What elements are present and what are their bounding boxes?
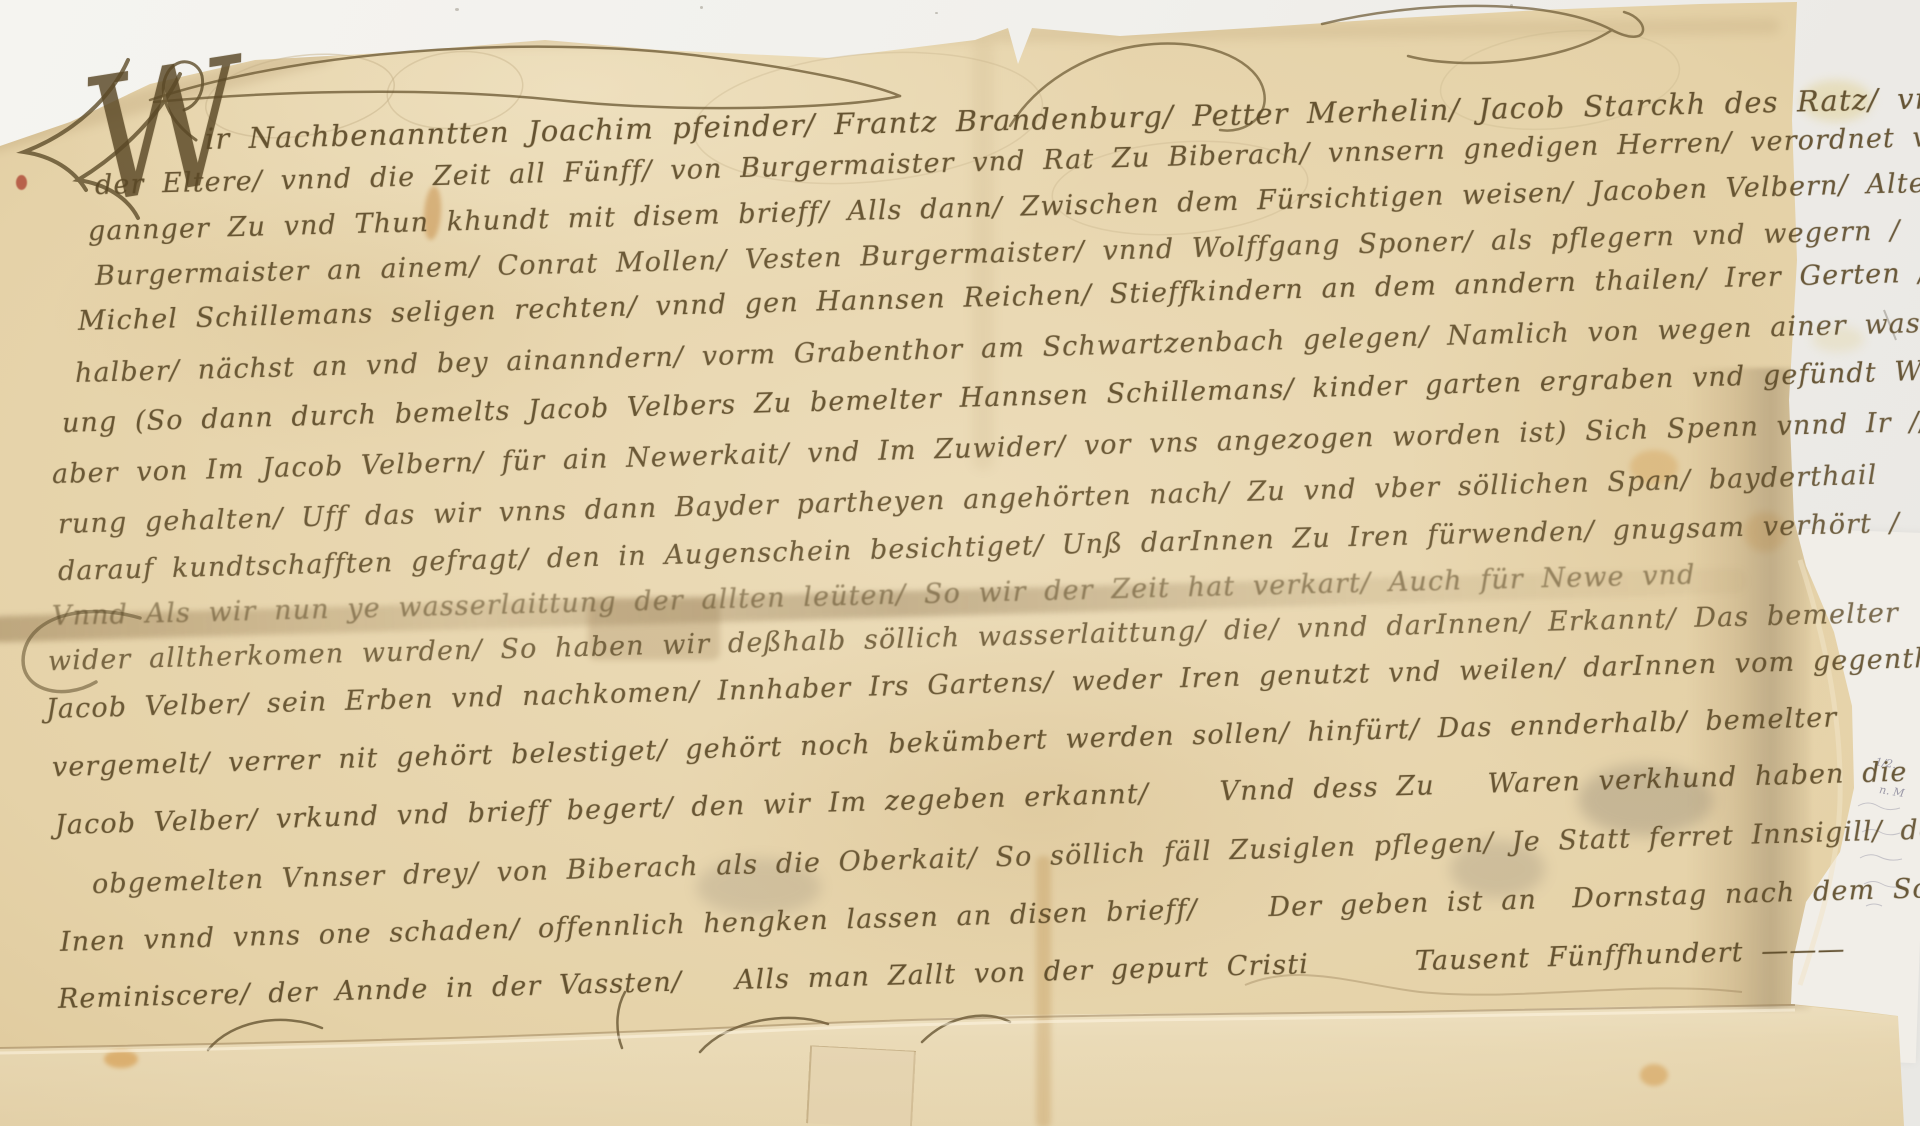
photograph-of-charter: 1/2. n. M — [0, 0, 1920, 1126]
manuscript-text: W ir Nachbenanntten Joachim pfeinder/ Fr… — [0, 0, 1920, 1126]
